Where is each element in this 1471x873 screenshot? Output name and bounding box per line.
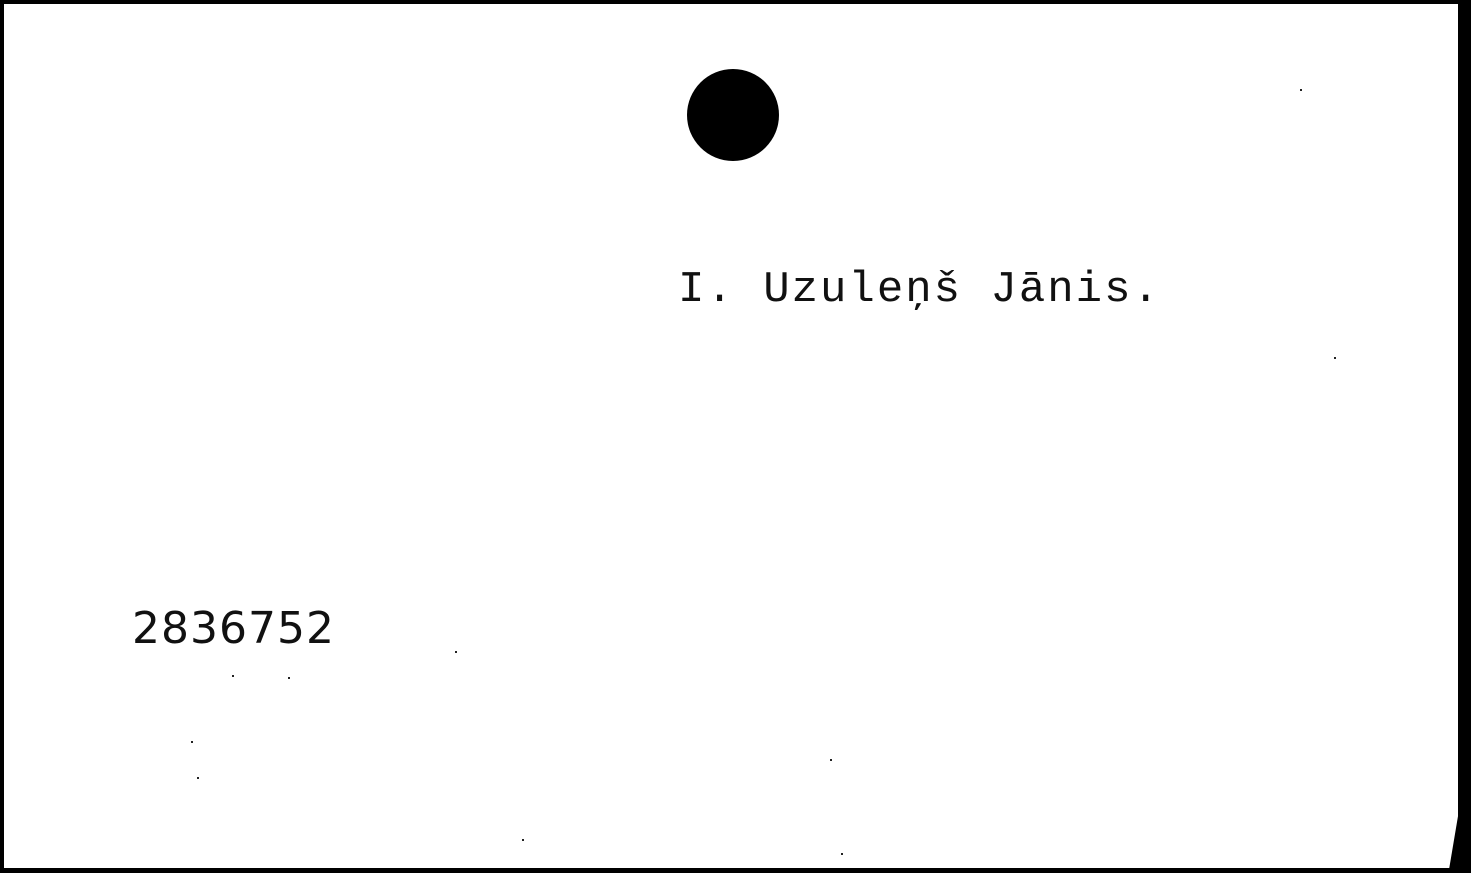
scan-speck — [197, 777, 199, 779]
scan-speck — [522, 839, 524, 841]
scan-speck — [1300, 89, 1302, 91]
card-number: 2836752 — [132, 607, 335, 651]
scan-speck — [191, 741, 193, 743]
scan-speck — [232, 675, 234, 677]
scan-speck — [830, 759, 832, 761]
scan-speck — [288, 677, 290, 679]
scan-speck — [455, 651, 457, 653]
name-line: I. Uzuleņš Jānis. — [678, 268, 1161, 312]
scan-speck — [1334, 357, 1336, 359]
punch-hole — [687, 69, 779, 161]
index-card: I. Uzuleņš Jānis. 2836752 — [4, 4, 1458, 868]
scan-speck — [841, 853, 843, 855]
